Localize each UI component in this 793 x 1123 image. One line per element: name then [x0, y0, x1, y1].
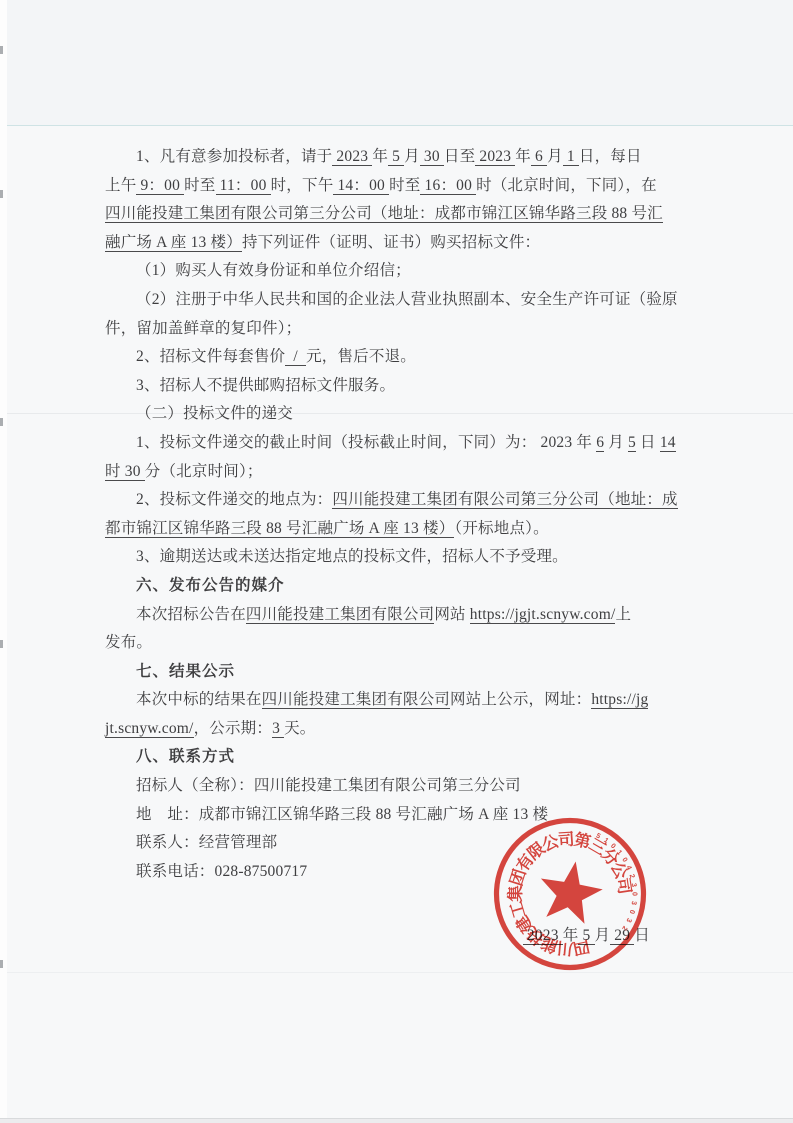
scanned-page: 1、凡有意参加投标者，请于 2023 年 5 月 30 日至 2023 年 6 … [0, 0, 793, 1123]
text-segment: 月 [604, 434, 628, 451]
text-segment: （二）投标文件的递交 [136, 405, 293, 422]
underlined-text: 四川能投建工集团有限公司第三分公司（地址：成 [332, 491, 677, 509]
text-segment: 时至 [184, 177, 215, 194]
text-segment: 件，留加盖鲜章的复印件）； [105, 320, 301, 337]
text-line: 融广场 A 座 13 楼）持下列证件（证明、证书）购买招标文件： [105, 229, 691, 258]
text-segment: 招标人（全称）：四川能投建工集团有限公司第三分公司 [136, 777, 521, 794]
text-segment: 本次招标公告在 [136, 606, 246, 623]
text-segment: 上 [615, 606, 631, 623]
scan-artifact [0, 960, 3, 968]
text-line: 3、逾期送达或未送达指定地点的投标文件，招标人不予受理。 [105, 543, 691, 572]
underlined-text: https://jgjt.scnyw.com/ [470, 606, 616, 624]
text-segment: 七、结果公示 [136, 663, 235, 680]
text-segment: 网站上公示，网址： [450, 691, 591, 708]
stamp-serial-digit: 3 [630, 883, 637, 888]
section-heading: 八、联系方式 [105, 743, 691, 772]
star-icon [541, 862, 603, 924]
underlined-text: / [285, 348, 306, 366]
text-segment: 分（北京时间）； [145, 463, 263, 480]
text-segment: 元，售后不退。 [306, 348, 416, 365]
text-line: 都市锦江区锦华路三段 88 号汇融广场 A 座 13 楼）（开标地点）。 [105, 515, 691, 544]
scan-artifact [0, 640, 3, 648]
scan-band-line-2 [0, 972, 793, 973]
text-segment: 年 [372, 148, 388, 165]
text-line: 2、招标文件每套售价 / 元，售后不退。 [105, 343, 691, 372]
underlined-text: 2023 [332, 148, 372, 166]
underlined-text: 时 30 [105, 463, 145, 481]
text-segment: 联系电话：028-87500717 [136, 863, 307, 880]
text-segment: 日至 [444, 148, 475, 165]
text-line: 2、投标文件递交的地点为：四川能投建工集团有限公司第三分公司（地址：成 [105, 486, 691, 515]
text-segment: 时，下午 [271, 177, 334, 194]
stamp-serial-digit: 3 [630, 900, 637, 905]
text-segment: 本次中标的结果在 [136, 691, 262, 708]
text-segment: 持下列证件（证明、证书）购买招标文件： [242, 234, 540, 251]
underlined-text: 5 [388, 148, 404, 166]
text-segment: 3、招标人不提供邮购招标文件服务。 [136, 377, 395, 394]
underlined-text: 30 [420, 148, 444, 166]
underlined-text: 14 [660, 434, 676, 452]
underlined-text: 1 [563, 148, 579, 166]
underlined-text: 11：00 [216, 177, 271, 195]
text-line: 3、招标人不提供邮购招标文件服务。 [105, 372, 691, 401]
text-line: （二）投标文件的递交 [105, 400, 691, 429]
text-segment: 日，每日 [579, 148, 642, 165]
text-segment: 1、凡有意参加投标者，请于 [136, 148, 332, 165]
company-seal-stamp: 四川能投建工集团有限公司第三分公司5101042303032 [470, 794, 670, 994]
text-line: 本次招标公告在四川能投建工集团有限公司网站 https://jgjt.scnyw… [105, 601, 691, 630]
underlined-text: 5 [628, 434, 636, 452]
text-segment: （2）注册于中华人民共和国的企业法人营业执照副本、安全生产许可证（验原 [136, 291, 678, 308]
stamp-serial-digit: 3 [624, 917, 632, 924]
underlined-text: 2023 [475, 148, 515, 166]
text-line: 本次中标的结果在四川能投建工集团有限公司网站上公示，网址：https://jg [105, 686, 691, 715]
scan-artifact [0, 190, 3, 198]
section-heading: 六、发布公告的媒介 [105, 572, 691, 601]
text-segment: （开标地点）。 [454, 520, 548, 537]
text-segment: 3、逾期送达或未送达指定地点的投标文件，招标人不予受理。 [136, 548, 568, 565]
text-segment: 日 [636, 434, 660, 451]
text-line: 上午 9：00 时至 11：00 时，下午 14：00 时至 16：00 时（北… [105, 172, 691, 201]
underlined-text: 6 [596, 434, 604, 452]
text-segment: 2、招标文件每套售价 [136, 348, 285, 365]
text-line: 件，留加盖鲜章的复印件）； [105, 315, 691, 344]
text-segment: 天。 [284, 720, 315, 737]
underlined-text: jt.scnyw.com/ [105, 720, 194, 738]
text-segment: 联系人：经营管理部 [136, 834, 277, 851]
underlined-text: 6 [531, 148, 547, 166]
scan-edge-bottom [0, 1118, 793, 1123]
underlined-text: 14：00 [333, 177, 389, 195]
text-line: jt.scnyw.com/，公示期：3 天。 [105, 715, 691, 744]
text-segment: 时（北京时间，下同），在 [476, 177, 657, 194]
text-line: 1、投标文件递交的截止时间（投标截止时间，下同）为： 2023 年 6 月 5 … [105, 429, 691, 458]
text-line: 四川能投建工集团有限公司第三分公司（地址：成都市锦江区锦华路三段 88 号汇 [105, 200, 691, 229]
text-segment: 八、联系方式 [136, 748, 235, 765]
text-segment: 发布。 [105, 634, 152, 651]
text-line: （2）注册于中华人民共和国的企业法人营业执照副本、安全生产许可证（验原 [105, 286, 691, 315]
text-segment: ，公示期： [194, 720, 273, 737]
text-segment: 六、发布公告的媒介 [136, 577, 285, 594]
underlined-text: 3 [272, 720, 284, 738]
underlined-text: https://jg [591, 691, 648, 709]
underlined-text: 9：00 [136, 177, 184, 195]
text-line: 1、凡有意参加投标者，请于 2023 年 5 月 30 日至 2023 年 6 … [105, 143, 691, 172]
scan-band-top [0, 0, 793, 126]
section-heading: 七、结果公示 [105, 658, 691, 687]
text-segment: 时至 [389, 177, 420, 194]
underlined-text: 16：00 [420, 177, 476, 195]
text-line: （1）购买人有效身份证和单位介绍信； [105, 257, 691, 286]
underlined-text: 四川能投建工集团有限公司 [246, 606, 434, 624]
underlined-text: 都市锦江区锦华路三段 88 号汇融广场 A 座 13 楼） [105, 520, 454, 538]
scan-artifact [0, 418, 3, 426]
text-line: 时 30 分（北京时间）； [105, 458, 691, 487]
stamp-serial-digit: 0 [631, 892, 638, 896]
scan-artifact [0, 46, 3, 54]
text-segment: 1、投标文件递交的截止时间（投标截止时间，下同）为： 2023 年 [136, 434, 596, 451]
text-segment: （1）购买人有效身份证和单位介绍信； [136, 262, 411, 279]
text-segment: 2、投标文件递交的地点为： [136, 491, 332, 508]
text-segment: 月 [404, 148, 420, 165]
text-line: 发布。 [105, 629, 691, 658]
text-segment: 上午 [105, 177, 136, 194]
stamp-serial-digit: 2 [620, 924, 628, 931]
underlined-text: 融广场 A 座 13 楼） [105, 234, 242, 252]
stamp-serial-digit: 0 [628, 909, 636, 915]
text-segment: 月 [547, 148, 563, 165]
scan-edge-left [0, 0, 7, 1123]
underlined-text: 四川能投建工集团有限公司第三分公司（地址：成都市锦江区锦华路三段 88 号汇 [105, 205, 663, 223]
underlined-text: 四川能投建工集团有限公司 [262, 691, 450, 709]
text-segment: 网站 [434, 606, 469, 623]
text-segment: 年 [515, 148, 531, 165]
